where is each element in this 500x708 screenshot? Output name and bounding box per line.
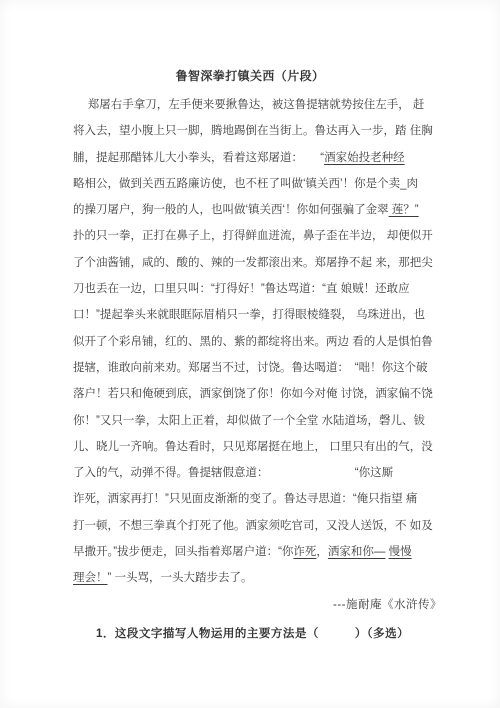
passage-line: 了个油酱铺，咸的、酸的、辣的一发都滚出来。郑屠挣不起 来，那把尖 [73, 250, 486, 276]
passage-text: 扑的只一拳，正打在鼻子上，打得鲜血迸流，鼻子歪在半边， 却便似开 [73, 230, 433, 242]
underlined-text: 莲？” [389, 204, 419, 216]
passage-text: 刀也丢在一边，口里只叫：“打得好！”鲁达骂道：“直 娘贼！还敢应 [73, 283, 410, 295]
passage-line: 早撒开。”拔步便走，回头指着郑屠户道：“你诈死，洒家和你— 慢慢 [73, 539, 486, 565]
passage-text: 诈死，洒家再打！”只见面皮渐渐的变了。鲁达寻思道：“俺只指望 痛 [73, 493, 417, 505]
underlined-text: 慢慢 [389, 546, 412, 558]
passage-line: 理会！” 一头骂，一头大踏步去了。 [73, 565, 486, 591]
passage-text: 郑屠右手拿刀，左手便来要揪鲁达，被这鲁提辖就势按住左手， 赶 [73, 99, 424, 111]
passage-line: 你！”又只一拳，太阳上正着，却似做了一个全堂 水陆道场，磬儿、钹 [73, 408, 486, 434]
passage-line: 落户！若只和俺硬到底，洒家倒饶了你！你如今对俺 讨饶，洒家偏不饶 [73, 381, 486, 407]
underlined-text: 酒家始投老种经 [324, 152, 405, 164]
passage-line: 扑的只一拳，正打在鼻子上，打得鲜血迸流，鼻子歪在半边， 却便似开 [73, 223, 486, 249]
passage-line: 儿、晓儿一齐响。鲁达看时，只见郑屠挺在地上， 口里只有出的气，没 [73, 434, 486, 460]
underlined-text: 理会！ [73, 572, 108, 584]
document-page: 鲁智深拳打镇关西（片段） 郑屠右手拿刀，左手便来要揪鲁达，被这鲁提辖就势按住左手… [0, 0, 500, 708]
passage-text: 略相公，做到关西五路廉访使，也不枉了叫做‘镇关西’！你是个卖_肉 [73, 178, 418, 190]
passage-text: 的操刀屠户，狗一般的人，也叫做‘镇关西‘！你如何强骗了金翠 [73, 204, 389, 216]
passage-text: 将入去，望小腹上只一脚，腾地踢倒在当街上。鲁达再入一步，踏 住胸 [73, 125, 433, 137]
question-line: 1．这段文字描写人物运用的主要方法是（ ）（多选） [96, 625, 409, 641]
passage-line: 了入的气，动弹不得。鲁提辖假意道： “你这厮 [73, 460, 486, 486]
passage-text: 你！”又只一拳，太阳上正着，却似做了一个全堂 水陆道场，磬儿、钹 [73, 415, 425, 427]
passage-line: 的操刀屠户，狗一般的人，也叫做‘镇关西‘！你如何强骗了金翠 莲？” [73, 197, 486, 223]
passage-line: 打一顿，不想三拳真个打死了他。洒家须吃官司，又没人送饭，不 如及 [73, 513, 486, 539]
passage-text: 了个油酱铺，咸的、酸的、辣的一发都滚出来。郑屠挣不起 来，那把尖 [73, 257, 433, 269]
passage-line: 口！”提起拳头来就眼眶际眉梢只一拳，打得眼棱缝裂， 乌珠迸出，也 [73, 302, 486, 328]
passage-text: 似开了个彩帛铺，红的、黑的、紫的都绽将出来。两边 看的人是惧怕鲁 [73, 336, 433, 348]
passage-line: 将入去，望小腹上只一脚，腾地踢倒在当街上。鲁达再入一步，踏 住胸 [73, 118, 486, 144]
passage-text: 打一顿，不想三拳真个打死了他。洒家须吃官司，又没人送饭，不 如及 [73, 520, 433, 532]
passage-text: 提辖，谁敢向前来劝。郑屠当不过，讨饶。鲁达喝道： “咄！你这个破 [73, 362, 428, 374]
passage-text: 早撒开。”拔步便走，回头指着郑屠户道：“你 [73, 546, 293, 558]
passage-text: 了入的气，动弹不得。鲁提辖假意道： “你这厮 [73, 467, 393, 479]
attribution: ---施耐庵《水浒传》 [333, 596, 442, 612]
passage-line: 刀也丢在一边，口里只叫：“打得好！”鲁达骂道：“直 娘贼！还敢应 [73, 276, 486, 302]
passage-line: 似开了个彩帛铺，红的、黑的、紫的都绽将出来。两边 看的人是惧怕鲁 [73, 329, 486, 355]
passage-text: 儿、晓儿一齐响。鲁达看时，只见郑屠挺在地上， 口里只有出的气，没 [73, 441, 433, 453]
passage-line: 提辖，谁敢向前来劝。郑屠当不过，讨饶。鲁达喝道： “咄！你这个破 [73, 355, 486, 381]
page-title: 鲁智深拳打镇关西（片段） [0, 67, 500, 84]
passage-text: 口！”提起拳头来就眼眶际眉梢只一拳，打得眼棱缝裂， 乌珠迸出，也 [73, 309, 425, 321]
passage-text: ” 一头骂，一头大踏步去了。 [108, 572, 253, 584]
passage-text: ， [316, 546, 328, 558]
passage: 郑屠右手拿刀，左手便来要揪鲁达，被这鲁提辖就势按住左手， 赶将入去，望小腹上只一… [73, 92, 486, 592]
passage-text: 脯，提起那醋钵儿大小拳头，看着这郑屠道： “ [73, 152, 324, 164]
passage-line: 郑屠右手拿刀，左手便来要揪鲁达，被这鲁提辖就势按住左手， 赶 [73, 92, 486, 118]
underlined-text: 诈死 [293, 546, 316, 558]
passage-text: 落户！若只和俺硬到底，洒家倒饶了你！你如今对俺 讨饶，洒家偏不饶 [73, 388, 433, 400]
passage-line: 诈死，洒家再打！”只见面皮渐渐的变了。鲁达寻思道：“俺只指望 痛 [73, 486, 486, 512]
passage-line: 脯，提起那醋钵儿大小拳头，看着这郑屠道： “酒家始投老种经 [73, 145, 486, 171]
passage-line: 略相公，做到关西五路廉访使，也不枉了叫做‘镇关西’！你是个卖_肉 [73, 171, 486, 197]
underlined-text: 洒家和你— [328, 546, 386, 558]
